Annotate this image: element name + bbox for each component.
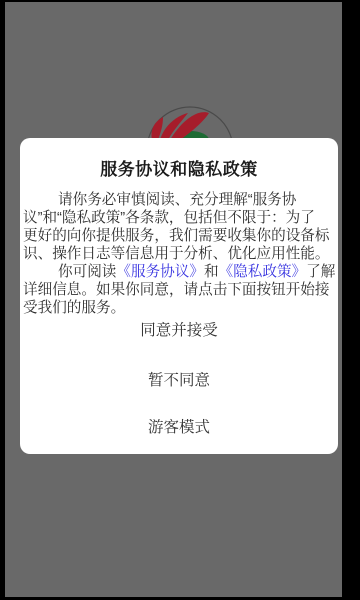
body-text: 了解 bbox=[306, 264, 335, 280]
privacy-policy-link[interactable]: 《隐私政策》 bbox=[219, 264, 307, 280]
body-line: 请你务必审慎阅读、充分理解“服务协 bbox=[23, 191, 335, 209]
body-line: 更好的向你提供服务，我们需要收集你的设备标 bbox=[23, 227, 335, 245]
letterbox-top bbox=[0, 0, 360, 2]
body-text: 你可阅读 bbox=[58, 264, 116, 280]
dialog-body: 请你务必审慎阅读、充分理解“服务协 议”和“隐私政策”各条款，包括但不限于：为了… bbox=[23, 191, 335, 317]
guest-mode-button[interactable]: 游客模式 bbox=[20, 417, 338, 439]
logo-red-petal-small-icon bbox=[151, 117, 163, 138]
body-line-with-links: 你可阅读《服务协议》和《隐私政策》了解 bbox=[23, 263, 335, 281]
letterbox-left bbox=[0, 0, 5, 600]
body-line: 受我们的服务。 bbox=[23, 299, 335, 317]
body-line: 识、操作日志等信息用于分析、优化应用性能。 bbox=[23, 245, 335, 263]
disagree-button[interactable]: 暂不同意 bbox=[20, 370, 338, 392]
app-logo bbox=[130, 100, 250, 138]
letterbox-right bbox=[342, 0, 360, 600]
body-text: 和 bbox=[204, 264, 219, 280]
body-line: 详细信息。如果你同意，请点击下面按钮开始接 bbox=[23, 281, 335, 299]
service-agreement-link[interactable]: 《服务协议》 bbox=[116, 264, 204, 280]
privacy-policy-dialog: 服务协议和隐私政策 请你务必审慎阅读、充分理解“服务协 议”和“隐私政策”各条款… bbox=[20, 138, 338, 454]
body-line: 议”和“隐私政策”各条款，包括但不限于：为了 bbox=[23, 209, 335, 227]
dialog-title: 服务协议和隐私政策 bbox=[20, 155, 338, 180]
app-screen: 服务协议和隐私政策 请你务必审慎阅读、充分理解“服务协 议”和“隐私政策”各条款… bbox=[0, 0, 360, 600]
agree-accept-button[interactable]: 同意并接受 bbox=[20, 320, 338, 342]
